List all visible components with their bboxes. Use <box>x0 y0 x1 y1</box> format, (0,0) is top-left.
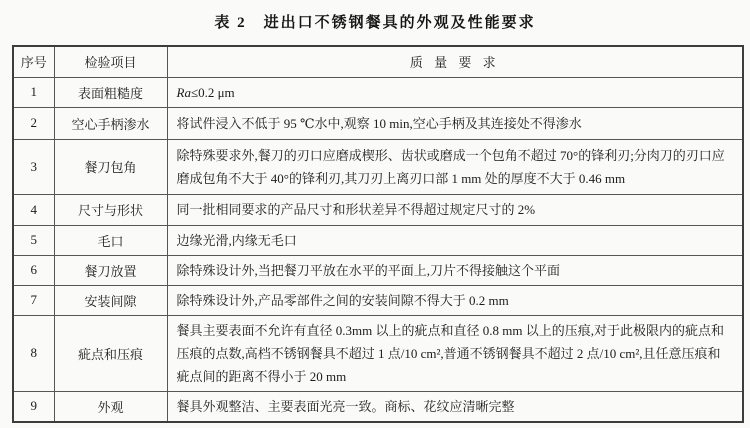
row-item-cell: 表面粗糙度 <box>54 77 167 107</box>
row-no-cell: 2 <box>13 107 54 139</box>
col-header-req: 质 量 要 求 <box>167 46 743 77</box>
row-req-cell: 边缘光滑,内缘无毛口 <box>167 225 743 255</box>
table-row: 6 餐刀放置 除特殊设计外,当把餐刀平放在水平的平面上,刀片不得接触这个平面 <box>13 255 743 285</box>
col-header-no: 序号 <box>13 46 54 77</box>
row-req-cell: 将试件浸入不低于 95 ℃水中,观察 10 min,空心手柄及其连接处不得渗水 <box>167 107 743 139</box>
row-no-cell: 9 <box>13 391 54 422</box>
row-req-cell: 除特殊设计外,当把餐刀平放在水平的平面上,刀片不得接触这个平面 <box>167 255 743 285</box>
row-req-cell: 同一批相同要求的产品尺寸和形状差异不得超过规定尺寸的 2% <box>167 194 743 225</box>
col-header-item: 检验项目 <box>54 46 167 77</box>
document-page: 表 2 进出口不锈钢餐具的外观及性能要求 序号 检验项目 质 量 要 求 1 表… <box>0 0 750 428</box>
row-item-cell: 餐刀放置 <box>54 255 167 285</box>
row-item-cell: 空心手柄渗水 <box>54 107 167 139</box>
row-req-cell: 餐具主要表面不允许有直径 0.3mm 以上的疵点和直径 0.8 mm 以上的压痕… <box>167 315 743 391</box>
table-row: 5 毛口 边缘光滑,内缘无毛口 <box>13 225 743 255</box>
row-no-cell: 7 <box>13 285 54 315</box>
row-item-cell: 尺寸与形状 <box>54 194 167 225</box>
requirements-table: 序号 检验项目 质 量 要 求 1 表面粗糙度 Ra≤0.2 μm 2 空心手柄… <box>12 45 744 423</box>
row-item-cell: 疵点和压痕 <box>54 315 167 391</box>
table-caption: 表 2 进出口不锈钢餐具的外观及性能要求 <box>0 0 750 32</box>
row-no-cell: 4 <box>13 194 54 225</box>
row-no-cell: 5 <box>13 225 54 255</box>
row-no-cell: 1 <box>13 77 54 107</box>
table-row: 1 表面粗糙度 Ra≤0.2 μm <box>13 77 743 107</box>
row-no-cell: 8 <box>13 315 54 391</box>
row-item-cell: 餐刀包角 <box>54 139 167 194</box>
row-item-cell: 外观 <box>54 391 167 422</box>
row-req-cell: 除特殊设计外,产品零部件之间的安装间隙不得大于 0.2 mm <box>167 285 743 315</box>
row-item-cell: 毛口 <box>54 225 167 255</box>
row-item-cell: 安装间隙 <box>54 285 167 315</box>
header-row: 序号 检验项目 质 量 要 求 <box>13 46 743 77</box>
table-row: 7 安装间隙 除特殊设计外,产品零部件之间的安装间隙不得大于 0.2 mm <box>13 285 743 315</box>
row-no-cell: 3 <box>13 139 54 194</box>
symbol-ra: Ra <box>177 85 191 100</box>
row-req-cell: 除特殊要求外,餐刀的刃口应磨成楔形、齿状或磨成一个包角不超过 70°的锋利刃;分… <box>167 139 743 194</box>
table-row: 3 餐刀包角 除特殊要求外,餐刀的刃口应磨成楔形、齿状或磨成一个包角不超过 70… <box>13 139 743 194</box>
row-req-cell: 餐具外观整洁、主要表面光亮一致。商标、花纹应清晰完整 <box>167 391 743 422</box>
table-row: 2 空心手柄渗水 将试件浸入不低于 95 ℃水中,观察 10 min,空心手柄及… <box>13 107 743 139</box>
table-row: 8 疵点和压痕 餐具主要表面不允许有直径 0.3mm 以上的疵点和直径 0.8 … <box>13 315 743 391</box>
row-req-cell: Ra≤0.2 μm <box>167 77 743 107</box>
req-text: ≤0.2 μm <box>191 85 235 100</box>
row-no-cell: 6 <box>13 255 54 285</box>
table-row: 4 尺寸与形状 同一批相同要求的产品尺寸和形状差异不得超过规定尺寸的 2% <box>13 194 743 225</box>
table-row: 9 外观 餐具外观整洁、主要表面光亮一致。商标、花纹应清晰完整 <box>13 391 743 422</box>
